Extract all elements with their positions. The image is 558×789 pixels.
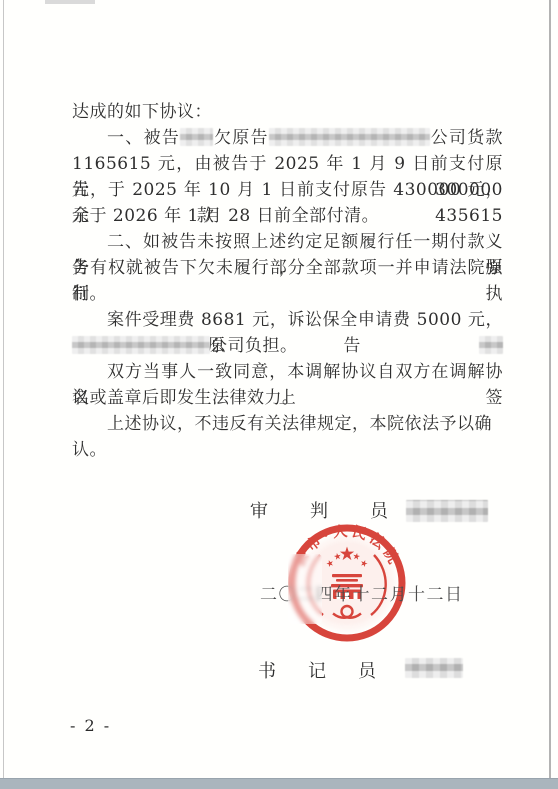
page-number: - 2 - (70, 716, 111, 735)
redacted-text (479, 336, 503, 354)
text-run: 告有权就被告下欠未履行部分全部款项一并申请法院强制执 (72, 258, 503, 304)
small-star-icon (353, 552, 361, 560)
body-line: 二、如被告未按照上述约定足额履行任一期付款义务，原 (72, 229, 503, 255)
redacted-text (72, 336, 210, 354)
page-edge-right (549, 0, 551, 778)
body-line: 一、被告欠原告公司货款 (72, 125, 503, 151)
page-edge-left (3, 0, 4, 778)
body-line: 上述协议，不违反有关法律规定，本院依法予以确认。 (72, 411, 503, 437)
judge-name-redacted (406, 500, 488, 522)
scan-edge-bottom (0, 778, 558, 789)
body-line: 双方当事人一致同意，本调解协议自双方在调解协议上签 (72, 359, 503, 385)
body-line: 案件受理费 8681 元，诉讼保全申请费 5000 元，由原告 (72, 307, 503, 333)
body-line: 1165615 元，由被告于 2025 年 1 月 9 日前支付原告 30000… (72, 151, 503, 177)
body-line: 元，于 2025 年 10 月 1 日前支付原告 430000 元，余款 435… (72, 177, 503, 203)
seal-county-name-blur (288, 554, 322, 624)
text-run: 欠原告 (213, 128, 269, 148)
small-star-icon (360, 559, 369, 567)
body-line: 告有权就被告下欠未履行部分全部款项一并申请法院强制执 (72, 255, 503, 281)
text-run: 名或盖章后即发生法律效力。 (72, 388, 300, 408)
small-star-icon (326, 559, 335, 567)
clerk-name-redacted (405, 658, 463, 678)
text-run: 公司负担。 (210, 336, 298, 356)
text-run: 公司货款 (430, 128, 503, 148)
text-run: 一、被告 (107, 128, 180, 148)
body-lines: 达成的如下协议：一、被告欠原告公司货款1165615 元，由被告于 2025 年… (72, 99, 503, 437)
text-run: 行。 (72, 284, 107, 304)
text-run: 达成的如下协议： (72, 102, 212, 122)
small-star-icon (334, 552, 342, 560)
judge-label: 审判员 (250, 497, 430, 523)
body-line: 达成的如下协议： (72, 99, 503, 125)
redacted-text (180, 128, 213, 146)
big-star-icon (340, 547, 354, 561)
gear-ribbon-icon (333, 606, 361, 618)
text-run: 上述协议，不违反有关法律规定，本院依法予以确认。 (72, 414, 492, 460)
scan-artifact-top (45, 0, 95, 4)
redacted-text (269, 128, 430, 146)
document-page: 达成的如下协议：一、被告欠原告公司货款1165615 元，由被告于 2025 年… (0, 0, 558, 789)
clerk-label: 书记员 (258, 657, 408, 683)
text-run: 元于 2026 年 1 月 28 日前全部付清。 (72, 206, 379, 226)
